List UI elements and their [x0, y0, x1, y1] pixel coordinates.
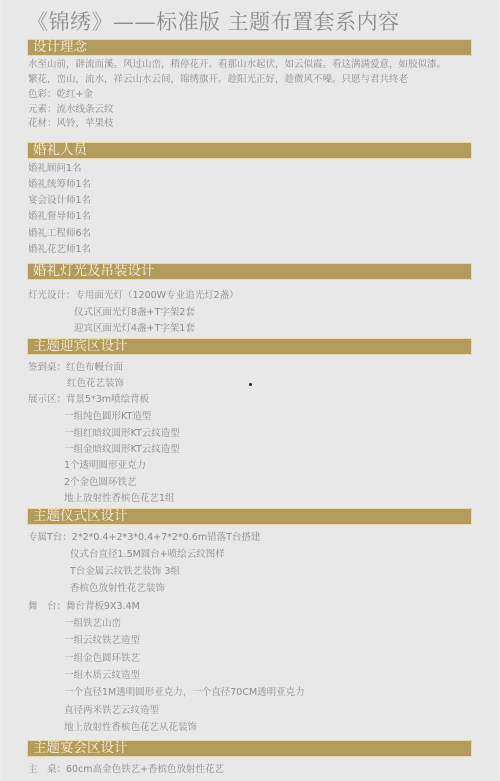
section-header-ceremony-area: 主题仪式区设计: [27, 508, 472, 525]
section-header-lighting: 婚礼灯光及吊装设计: [27, 263, 472, 280]
section-header-banquet-area: 主题宴会区设计: [27, 740, 472, 757]
concept-line: 繁花，峦山，流水，祥云山水云间，锦绣旗开。趁阳光正好，趁微风不噪。只愿与君共终老: [28, 73, 408, 86]
ceremony-line: 一组木质云纹造型: [64, 669, 140, 682]
reception-line: 红色花艺装饰: [67, 377, 124, 390]
section-heading: 婚礼人员: [33, 141, 87, 160]
ceremony-line: 一组金色圆环铁艺: [64, 652, 140, 665]
staff-item: 婚礼顾问1名: [28, 162, 82, 175]
lighting-line: 迎宾区面光灯4盏+T字架1套: [74, 322, 195, 335]
page-title: 《锦绣》——标准版 主题布置套系内容: [27, 8, 400, 36]
element-line: 元素：流水线条云纹: [28, 103, 114, 116]
reception-line: 展示区：背景5*3m喷绘背板: [28, 393, 149, 406]
reception-line: 签到桌：红色布幔台面: [28, 361, 123, 374]
ceremony-line: 专属T台：2*2*0.4+2*3*0.4+7*2*0.6m错落T台搭建: [28, 531, 260, 544]
ceremony-line: 地上放射性香槟色花艺从花装饰: [64, 721, 197, 734]
banquet-line: 主 桌：60cm高金色铁艺+香槟色放射性花艺: [28, 763, 224, 776]
staff-item: 婚礼工程师6名: [28, 227, 91, 240]
staff-item: 婚礼统筹师1名: [28, 178, 91, 191]
reception-line: 地上放射性香槟色花艺1组: [64, 492, 175, 505]
reception-line: 1个透明圆形亚克力: [64, 459, 146, 472]
reception-line: 一组金暗纹圆形KT云纹造型: [64, 443, 180, 456]
ceremony-line: 仪式台直径1.5M圆台+喷绘云纹图样: [70, 548, 225, 561]
section-header-design-concept: 设计理念: [27, 39, 472, 56]
ceremony-line: 舞 台：舞台背板9X3.4M: [28, 600, 140, 613]
lighting-line: 灯光设计：专用面光灯（1200W专业追光灯2盏）: [28, 289, 239, 302]
staff-item: 婚礼花艺师1名: [28, 243, 91, 256]
concept-line: 水至山前，辟流而溪。风过山峦，稍停花开。看那山水起伏，如云似霞。看这满满爱意，如…: [28, 58, 446, 71]
stray-dot: [249, 383, 252, 386]
flower-material-line: 花材：风铃，苹果枝: [28, 117, 114, 130]
ceremony-line: 一组云纹铁艺造型: [64, 634, 140, 647]
section-heading: 主题宴会区设计: [33, 739, 128, 758]
lighting-line: 仪式区面光灯8盏+T字架2套: [74, 306, 195, 319]
section-heading: 主题迎宾区设计: [33, 337, 128, 356]
section-header-reception-area: 主题迎宾区设计: [27, 338, 472, 355]
ceremony-line: T台金属云纹铁艺装饰 3组: [70, 565, 180, 578]
ceremony-line: 一个直径1M透明圆形亚克力，一个直径70CM透明亚克力: [64, 686, 305, 699]
ceremony-line: 直径两米铁艺云纹造型: [64, 704, 159, 717]
section-heading: 婚礼灯光及吊装设计: [33, 262, 155, 281]
reception-line: 一组红暗纹圆形KT云纹造型: [64, 427, 180, 440]
section-heading: 主题仪式区设计: [33, 507, 128, 526]
staff-item: 婚礼督导师1名: [28, 210, 91, 223]
reception-line: 2个金色圆环铁艺: [64, 476, 137, 489]
reception-line: 一组纯色圆形KT造型: [64, 410, 151, 423]
section-heading: 设计理念: [33, 38, 87, 57]
staff-item: 宴会设计师1名: [28, 194, 91, 207]
ceremony-line: 香槟色放射性花艺装饰: [70, 582, 165, 595]
ceremony-line: 一组铁艺山峦: [64, 617, 121, 630]
color-line: 色彩：乾红+金: [28, 88, 93, 101]
section-header-wedding-staff: 婚礼人员: [27, 142, 472, 159]
